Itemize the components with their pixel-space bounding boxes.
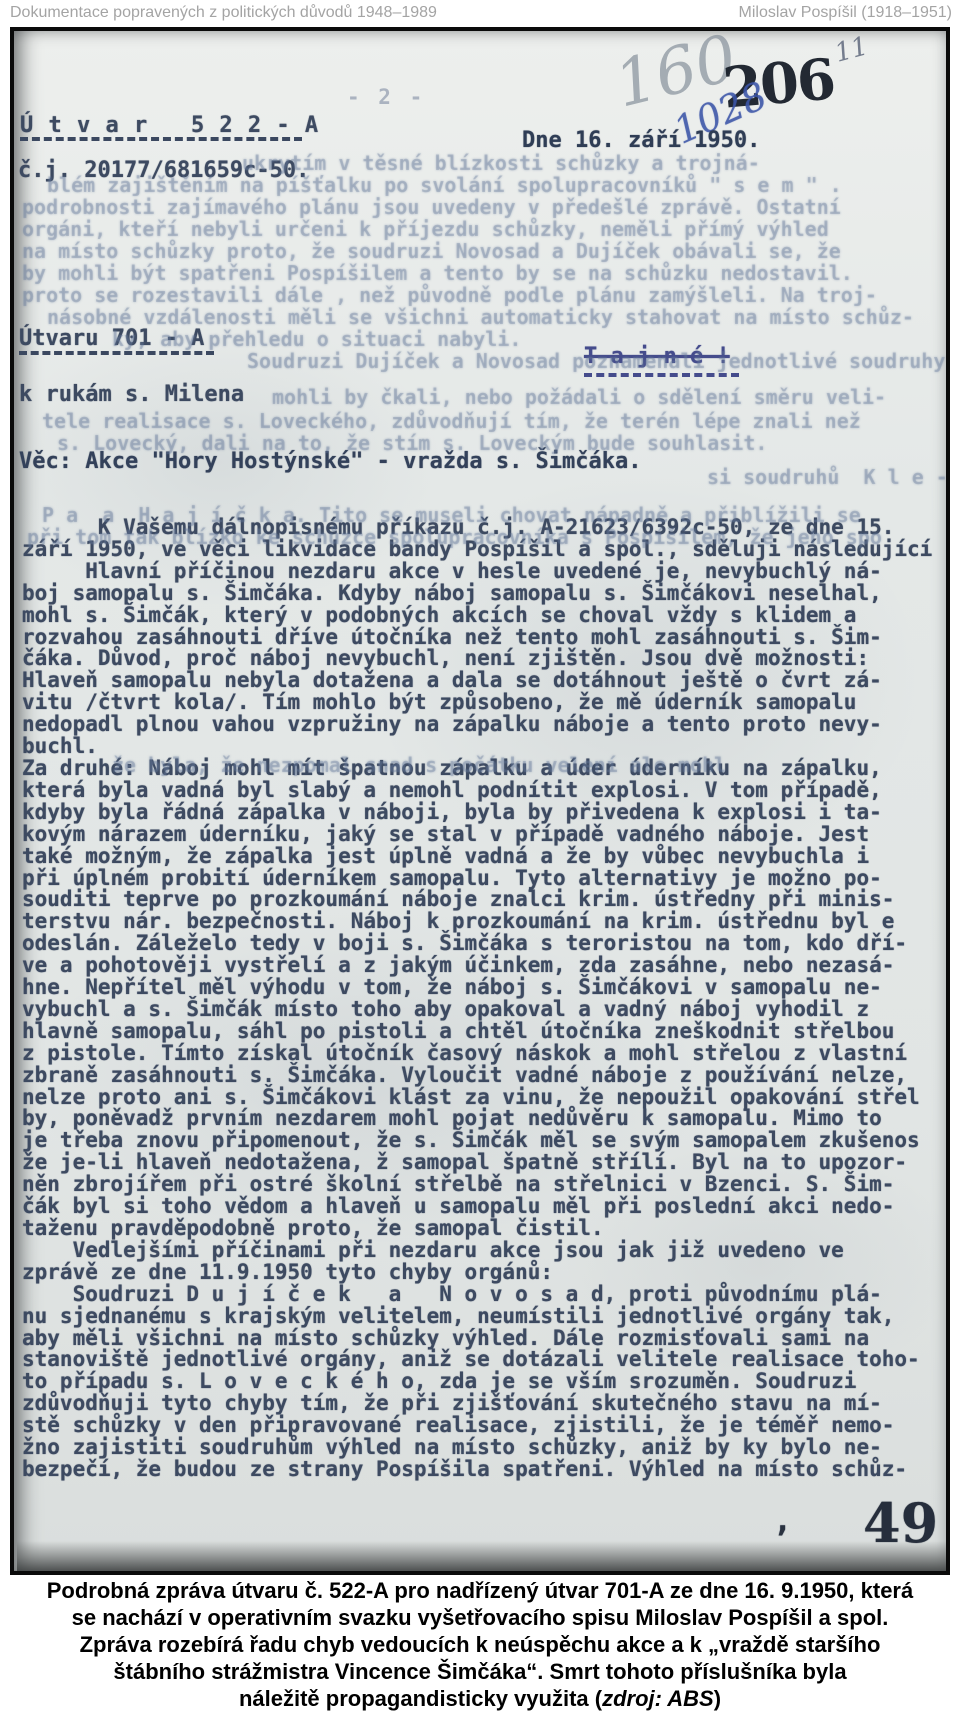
page: Dokumentace popravených z politických dů… [0, 0, 960, 1713]
bleedthrough-text-line: podrobnosti zajímavého plánu jsou uveden… [22, 195, 841, 219]
typed-text-line: bezpečí, že budou ze strany Pospíšila sp… [22, 1459, 932, 1481]
typed-text-line: z pistole. Tímto získal útočník časový n… [22, 1043, 932, 1065]
typed-text-line: vybuchl a s. Šimčák místo toho aby opako… [22, 999, 932, 1021]
bleedthrough-text-line: že byla, že nezpomal snad s počátku vele… [112, 753, 726, 777]
caption-line: štábního strážmistra Vincence Šimčáka“. … [0, 1658, 960, 1685]
typed-text-line: boj samopalu s. Šimčáka. Kdyby náboj sam… [22, 583, 932, 605]
handwritten-corner-number: 11 [832, 31, 872, 69]
caption-source-italic: zdroj: ABS [602, 1686, 714, 1711]
typed-text-line: zdůvodňuji tyto chyby tím, že při zjišťo… [22, 1393, 932, 1415]
typed-text-line: čák byl si toho vědom a hlaveň u samopal… [22, 1196, 932, 1218]
sender-unit-underline [20, 137, 302, 141]
typed-text-line: která byla vadná byl slabý a nemohl podn… [22, 780, 932, 802]
typed-text-line: vitu /čtvrt kola/. Tím mohlo být způsobe… [22, 692, 932, 714]
bleedthrough-text-line: při tom tak blízko ke schůzce spolupraco… [27, 525, 882, 549]
typed-text-line: kovým nárazem úderníku, jaký se stal v p… [22, 824, 932, 846]
typed-text-line: něn zbrojířem při ostré školní střelbě n… [22, 1174, 932, 1196]
scanned-document: - 2 - 160 11 206 1028 Ú t v a r 5 2 2 - … [10, 27, 950, 1575]
typed-text-line: hne. Nepřítel měl výhodu v tom, že náboj… [22, 977, 932, 999]
bleedthrough-text-line: by mohli být spatřeni Pospíšilem a tento… [22, 261, 853, 285]
bleedthrough-text-line: orgáni, kteří nebyli určeni k příjezdu s… [22, 217, 829, 241]
figure-caption: Podrobná zpráva útvaru č. 522-A pro nadř… [0, 1577, 960, 1712]
typed-text-line: mohl s. Šimčák, který v podobných akcích… [22, 605, 932, 627]
typed-text-line: stě schůzky v den připravované realisace… [22, 1415, 932, 1437]
typed-text-line: Soudruzi D u j í č e k a N o v o s a d, … [22, 1284, 932, 1306]
typed-text-line: nedopadl plnou vahou vzpružiny na zápalk… [22, 714, 932, 736]
typed-text-line: také možným, že zápalka jest úplně vadná… [22, 846, 932, 868]
typed-text-line: ve a pohotověji vystřelí a z jakým účink… [22, 955, 932, 977]
document-date: Dne 16. září 1950. [522, 128, 760, 153]
typed-text-line: zbraně zasáhnouti s. Šimčáka. Vyloučit v… [22, 1065, 932, 1087]
caption-source-pre: náležitě propagandisticky využita ( [239, 1686, 602, 1711]
typed-text-line: Vedlejšími příčinami při nezdaru akce js… [22, 1240, 932, 1262]
bleedthrough-text-line: tele realisace s. Loveckého, zdůvodňují … [42, 409, 861, 433]
caption-source-post: ) [714, 1686, 721, 1711]
page-number-mark: - 2 - [347, 85, 425, 109]
typed-text-line: je třeba znovu připomenout, že s. Šimčák… [22, 1130, 932, 1152]
typed-text-line: že je-li hlaveň nedotažena, ž samopal šp… [22, 1152, 932, 1174]
typed-text-line: Hlavní příčinou nezdaru akce v hesle uve… [22, 561, 932, 583]
typed-body-text: K Vašemu dálnopisnému příkazu č.j. A-216… [22, 517, 932, 1481]
typed-text-line: odeslán. Záleželo tedy v boji s. Šimčáka… [22, 933, 932, 955]
addressee-unit-underline [19, 351, 214, 355]
document-paper: - 2 - 160 11 206 1028 Ú t v a r 5 2 2 - … [17, 33, 946, 1571]
bleedthrough-text-line: ky, aby přehledu o situaci nabyli. [112, 327, 521, 351]
bleedthrough-text-line: P a a H a j í č k a. Tito se museli chov… [42, 503, 861, 527]
bleedthrough-text-line: mohli by čkali, nebo požádali o sdělení … [272, 385, 886, 409]
typed-text-line: nu sjednanému s krajským velitelem, neum… [22, 1306, 932, 1328]
caption-line-source: náležitě propagandisticky využita (zdroj… [0, 1685, 960, 1712]
secrecy-mark-underline [584, 373, 739, 377]
bleedthrough-text-line: ukrytím v těsné blízkosti schůzky a troj… [242, 151, 760, 175]
typed-text-line: Hlaveň samopalu nebyla dotažena a dala s… [22, 670, 932, 692]
bleedthrough-text-line: blém zajištěním na píšťalku po svolání s… [47, 173, 842, 197]
bleedthrough-text-line: Soudruzi Dujíček a Novosad poznamenali j… [247, 349, 950, 373]
running-header-left: Dokumentace popravených z politických dů… [10, 4, 437, 22]
caption-line: Podrobná zpráva útvaru č. 522-A pro nadř… [0, 1577, 960, 1604]
bleedthrough-text-line: s. Lovecký, dali na to, že stím s. Lovec… [57, 431, 767, 455]
sender-unit-line: Ú t v a r 5 2 2 - A [20, 113, 319, 138]
attention-line: k rukám s. Milena [19, 382, 244, 407]
bleedthrough-text-line: si soudruhů K l e - [707, 465, 948, 489]
scan-edge-shadow [17, 1541, 946, 1571]
typed-text-line: terstvu nár. bezpečnosti. Náboj k prozko… [22, 911, 932, 933]
typed-text-line: taženu pravděpodobně proto, že samopal č… [22, 1218, 932, 1240]
running-header-right: Miloslav Pospíšil (1918–1951) [739, 4, 952, 22]
bleedthrough-text-line: na místo schůzky proto, že soudruzi Novo… [22, 239, 841, 263]
typed-text-line: to případu s. L o v e c k é h o, zda je … [22, 1371, 932, 1393]
typed-text-line: kdyby byla řádná zápalka v náboji, byla … [22, 802, 932, 824]
typed-text-line: žno zajistiti soudruhům výhled na místo … [22, 1437, 932, 1459]
bleedthrough-text-line: proto se rozestavili dále , než původně … [22, 283, 877, 307]
typed-text-line: hlavně samopalu, sáhl po pistoli a chtěl… [22, 1021, 932, 1043]
ink-mark: , [773, 1501, 792, 1539]
caption-line: Zpráva rozebírá řadu chyb vedoucích k ne… [0, 1631, 960, 1658]
caption-line: se nachází v operativním svazku vyšetřov… [0, 1604, 960, 1631]
typed-text-line: zprávě ze dne 11.9.1950 tyto chyby orgán… [22, 1262, 932, 1284]
bleedthrough-text-line: násobné vzdálenosti měli se všichni auto… [47, 305, 914, 329]
